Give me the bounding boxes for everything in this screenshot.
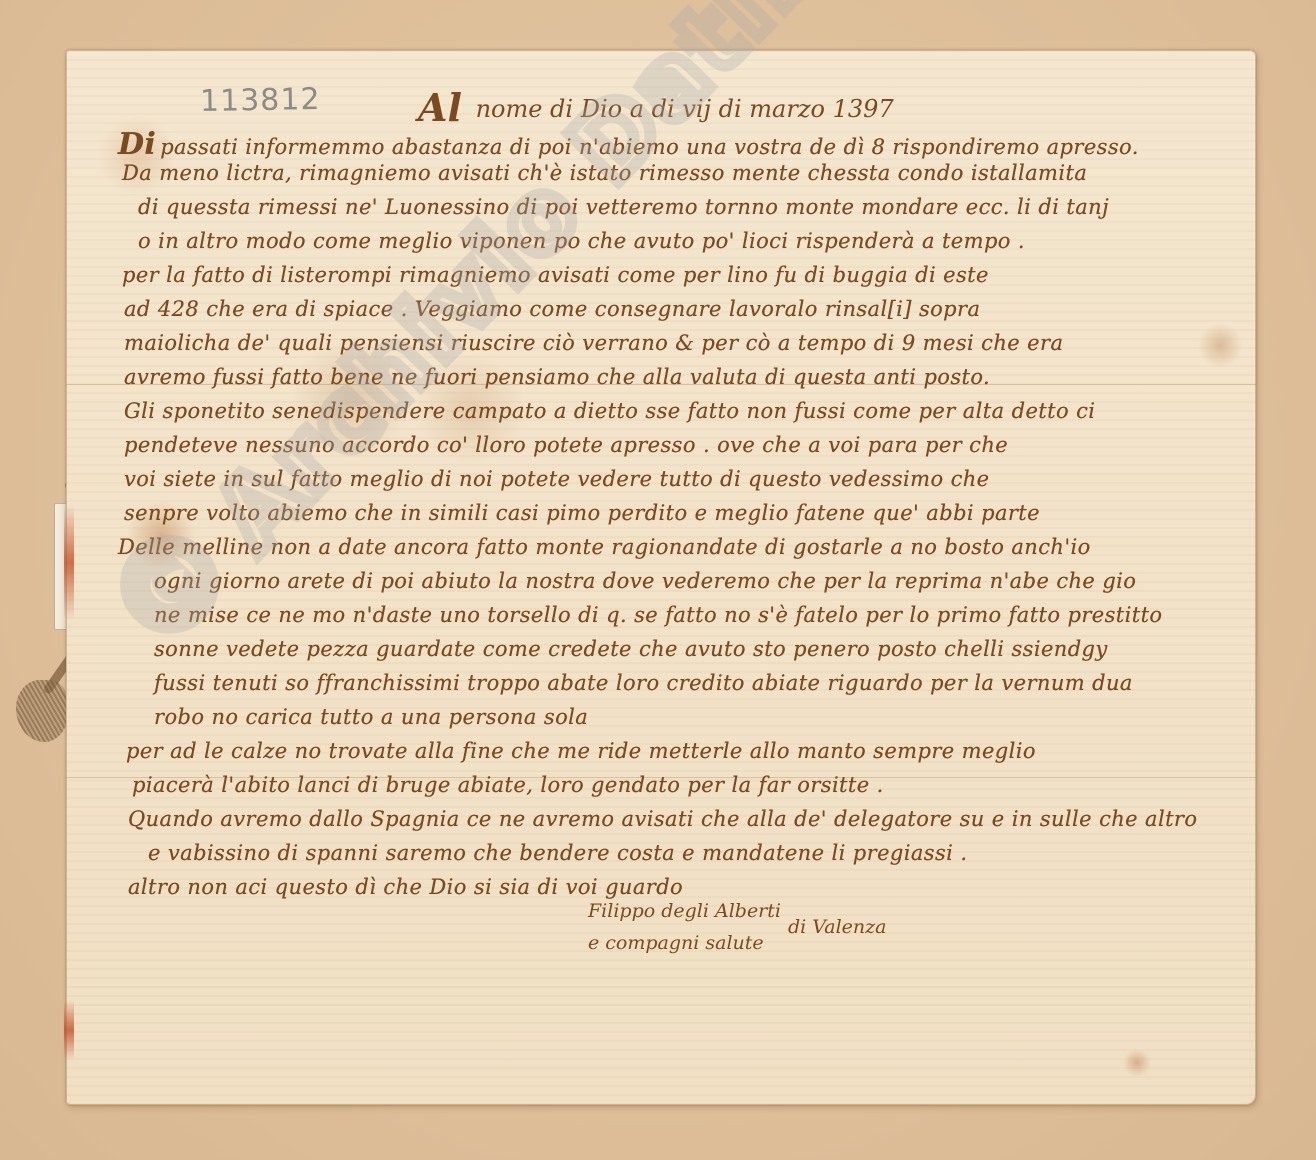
heading-initial: Al <box>418 85 462 130</box>
letter-line: maiolicha de' quali pensiensi riuscire c… <box>124 331 1063 355</box>
heading-text: nome di Dio a di vij di marzo 1397 <box>476 95 894 123</box>
line-text: fussi tenuti so ffranchissimi troppo aba… <box>154 671 1133 695</box>
line-text: ogni giorno arete di poi abiuto la nostr… <box>154 569 1136 593</box>
letter-line: robo no carica tutto a una persona sola <box>154 705 588 729</box>
line-text: Quando avremo dallo Spagnia ce ne avremo… <box>128 807 1197 831</box>
archive-number: 113812 <box>200 82 321 119</box>
letter-line: avremo fussi fatto bene ne fuori pensiam… <box>124 365 990 389</box>
letter-line: fussi tenuti so ffranchissimi troppo aba… <box>154 671 1133 695</box>
signature-line-1: Filippo degli Alberti <box>588 895 781 927</box>
letter-line: sonne vedete pezza guardate come credete… <box>154 637 1108 661</box>
line-text: Da meno lictra, rimagniemo avisati ch'è … <box>122 161 1087 185</box>
red-wax-stain <box>64 1000 74 1060</box>
letter-line: per ad le calze no trovate alla fine che… <box>126 739 1036 763</box>
signature-line-2: e compagni salute <box>588 927 781 959</box>
letter-line: e vabissino di spanni saremo che bendere… <box>148 841 967 865</box>
letter-line: Delle melline non a date ancora fatto mo… <box>118 535 1091 559</box>
line-text: ad 428 che era di spiace . Veggiamo come… <box>124 297 980 321</box>
letter-heading: Al nome di Dio a di vij di marzo 1397 <box>418 85 894 130</box>
line-text: per la fatto di listerompi rimagniemo av… <box>122 263 989 287</box>
signature-place: di Valenza <box>788 911 886 943</box>
line-text: piacerà l'abito lanci di bruge abiate, l… <box>132 773 884 797</box>
letter-line: piacerà l'abito lanci di bruge abiate, l… <box>132 773 884 797</box>
letter-line: pendeteve nessuno accordo co' lloro pote… <box>124 433 1008 457</box>
line-text: voi siete in sul fatto meglio di noi pot… <box>124 467 990 491</box>
line-text: robo no carica tutto a una persona sola <box>154 705 588 729</box>
line-text: senpre volto abiemo che in simili casi p… <box>124 501 1040 525</box>
line-text: passati informemmo abastanza di poi n'ab… <box>160 135 1139 159</box>
letter-line: per la fatto di listerompi rimagniemo av… <box>122 263 989 287</box>
line-text: e vabissino di spanni saremo che bendere… <box>148 841 967 865</box>
letter-line: ne mise ce ne mo n'daste uno torsello di… <box>154 603 1162 627</box>
line-text: di quessta rimessi ne' Luonessino di poi… <box>138 195 1109 219</box>
line-text: Gli sponetito senedispendere campato a d… <box>124 399 1095 423</box>
red-wax-stain <box>64 505 74 620</box>
line-text: o in altro modo come meglio viponen po c… <box>138 229 1025 253</box>
letter-line: o in altro modo come meglio viponen po c… <box>138 229 1025 253</box>
letter-line: Da meno lictra, rimagniemo avisati ch'è … <box>122 161 1087 185</box>
line-text: maiolicha de' quali pensiensi riuscire c… <box>124 331 1063 355</box>
letter-line: Quando avremo dallo Spagnia ce ne avremo… <box>128 807 1197 831</box>
line-initial: Di <box>118 127 156 162</box>
letter-line: voi siete in sul fatto meglio di noi pot… <box>124 467 990 491</box>
letter-line: Dipassati informemmo abastanza di poi n'… <box>118 127 1139 162</box>
letter-line: ogni giorno arete di poi abiuto la nostr… <box>154 569 1136 593</box>
line-text: ne mise ce ne mo n'daste uno torsello di… <box>154 603 1162 627</box>
letter-line: Gli sponetito senedispendere campato a d… <box>124 399 1095 423</box>
line-text: per ad le calze no trovate alla fine che… <box>126 739 1036 763</box>
line-text: avremo fussi fatto bene ne fuori pensiam… <box>124 365 990 389</box>
letter-line: ad 428 che era di spiace . Veggiamo come… <box>124 297 980 321</box>
letter-line: di quessta rimessi ne' Luonessino di poi… <box>138 195 1109 219</box>
line-text: pendeteve nessuno accordo co' lloro pote… <box>124 433 1008 457</box>
line-text: sonne vedete pezza guardate come credete… <box>154 637 1108 661</box>
signature-block: Filippo degli Alberti e compagni salute … <box>588 895 781 959</box>
line-text: Delle melline non a date ancora fatto mo… <box>118 535 1091 559</box>
letter-line: senpre volto abiemo che in simili casi p… <box>124 501 1040 525</box>
